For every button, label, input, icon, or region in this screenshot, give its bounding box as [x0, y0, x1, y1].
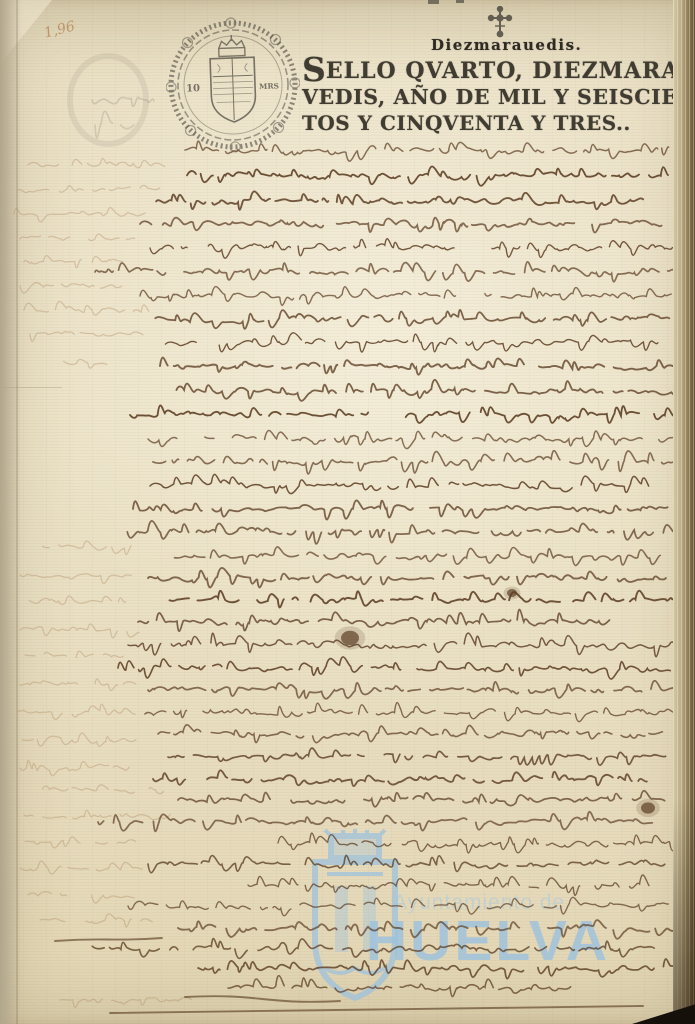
- handwritten-text-line: [92, 939, 662, 959]
- handwritten-text-line: [158, 725, 662, 743]
- ink-blot-halo: [335, 626, 366, 649]
- handwritten-text-line: [98, 812, 652, 832]
- handwritten-text-line: [178, 791, 665, 807]
- handwritten-text-line: [140, 218, 662, 233]
- handwritten-text-line: [168, 748, 666, 765]
- binding-gutter-edge: [0, 0, 22, 1024]
- handwritten-text-line: [95, 262, 673, 282]
- handwritten-text-line: [140, 287, 671, 306]
- handwritten-text-line: [278, 833, 678, 853]
- handwritten-text-line: [128, 633, 678, 657]
- handwritten-text-line: [185, 141, 669, 161]
- handwritten-text-line: [176, 380, 684, 401]
- pen-flourish-stroke: [110, 1006, 643, 1013]
- handwritten-text-line: [127, 521, 676, 544]
- handwritten-text-line: [145, 703, 673, 722]
- handwritten-text-line: [138, 610, 610, 632]
- pen-flourish-stroke: [55, 938, 162, 941]
- handwritten-text-line: [130, 405, 687, 423]
- handwritten-text-line: [133, 500, 668, 519]
- handwritten-text-line: [148, 568, 666, 587]
- handwritten-text-line: [178, 920, 680, 939]
- handwritten-text-line: [187, 167, 668, 186]
- handwritten-text-line: [150, 239, 672, 258]
- handwritten-text-line: [148, 431, 682, 449]
- handwritten-text-line: [148, 855, 665, 872]
- ink-blot-halo: [504, 587, 521, 600]
- handwritten-text-line: [175, 547, 661, 565]
- handwritten-text-line: [153, 451, 682, 474]
- ink-blot-halo: [636, 799, 660, 817]
- handwritten-text-line: [148, 681, 678, 699]
- handwritten-text-line: [128, 897, 668, 916]
- manuscript-ink-layer: [0, 0, 695, 1024]
- pen-flourish-stroke: [185, 996, 340, 1002]
- handwritten-text-line: [150, 474, 649, 493]
- handwritten-text-line: [248, 875, 649, 895]
- handwritten-text-line: [228, 976, 571, 997]
- handwritten-text-line: [155, 310, 669, 329]
- handwritten-text-line: [153, 770, 647, 786]
- handwritten-text-line: [165, 333, 658, 352]
- handwritten-text-line: [156, 191, 643, 209]
- manuscript-page-scan: 1,96 Diezmarauedis. SELLO QVARTO, DIEZMA…: [0, 0, 695, 1024]
- handwritten-text-line: [198, 959, 683, 979]
- handwritten-text-line: [160, 358, 675, 375]
- book-page-edges: [673, 0, 695, 1024]
- handwritten-text-line: [170, 591, 686, 608]
- handwritten-text-line: [118, 657, 670, 679]
